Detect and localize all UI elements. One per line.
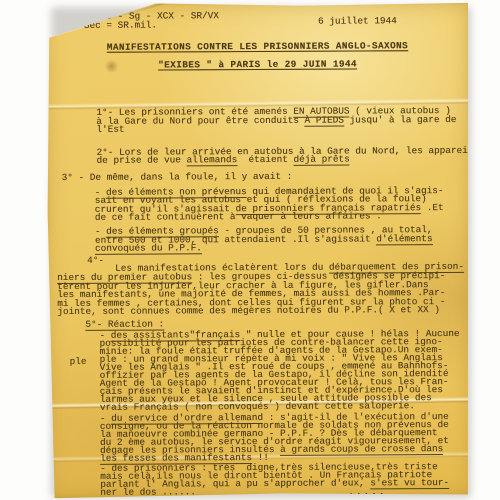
text-block: - des prisonniers : très digne,très sile…	[100, 463, 471, 497]
document-title-line1: MANIFESTATIONS CONTRE LES PRISONNIERS AN…	[46, 41, 469, 53]
text-run: de prise de vue	[97, 155, 187, 166]
document-content: R/NX à A/D - Sg - XCX - SR/VX Sec = SR.m…	[46, 2, 472, 498]
document-body: 1°- Les prisonniers ont été amenés EN AU…	[46, 107, 471, 498]
text-run: étaient	[237, 154, 293, 165]
text-run: jointe, sont connues comme des mégères n…	[57, 304, 440, 317]
text-block: 3° - De même, dans la foule, il y avait …	[62, 172, 470, 183]
routing-codes-line2: Sec = SR.mil.	[84, 20, 219, 30]
underlined-text: À PIEDS	[304, 114, 343, 126]
text-line: jointe, sont connues comme des mégères n…	[57, 306, 470, 317]
underlined-text: d'éléments	[376, 233, 432, 245]
text-run: 4°-	[87, 255, 104, 266]
text-block: Les manifestations éclatèrent lors du dé…	[57, 263, 470, 317]
text-block: - des éléments groupés - groupes de 50 p…	[95, 226, 470, 254]
text-line: à la Gare du Nord pour être conduits À P…	[96, 115, 469, 126]
document-page: R/NX à A/D - Sg - XCX - SR/VX Sec = SR.m…	[46, 2, 472, 498]
text-block: 2°- Lors de leur arrivée en autobus à la…	[96, 147, 469, 166]
underlined-text: allemands	[187, 154, 238, 166]
document-title-line2: "EXIBES " à PARIS le 29 JUIN 1944	[46, 59, 469, 71]
text-block: - des éléments non prévenus qui demandai…	[95, 186, 470, 222]
text-line: 3° - De même, dans la foule, il y avait …	[62, 172, 470, 183]
underlined-text: 5°- Réaction :	[85, 318, 164, 330]
text-run: jusqu' à la gare de	[344, 114, 457, 126]
text-block: 1°- Les prisonniers ont été amenés EN AU…	[96, 107, 469, 135]
text-run: 3° - De même, dans la foule, il y avait …	[62, 171, 293, 183]
scan-background: R/NX à A/D - Sg - XCX - SR/VX Sec = SR.m…	[0, 0, 500, 500]
text-run: de ce fait continuèrent à vaquer à leurs…	[95, 211, 382, 224]
text-run: .Et	[421, 202, 444, 213]
underlined-text: à grands coups de crosse dans	[280, 444, 443, 457]
text-run: à la Gare du Nord pour être conduits	[96, 114, 304, 126]
underlined-text: convoqués du P.P.F.	[95, 242, 202, 255]
underlined-text: déjà prêts	[293, 154, 349, 166]
text-block: - du service d'ordre allemand : s'agit-i…	[100, 413, 471, 463]
text-block: - des assistants"français " nulle et pou…	[99, 330, 470, 412]
text-line: de prise de vue allemands étaient déjà p…	[97, 155, 470, 166]
document-date: 6 juillet 1944	[318, 16, 397, 25]
text-run: l'Est	[96, 124, 124, 135]
margin-note: ple	[70, 356, 87, 367]
